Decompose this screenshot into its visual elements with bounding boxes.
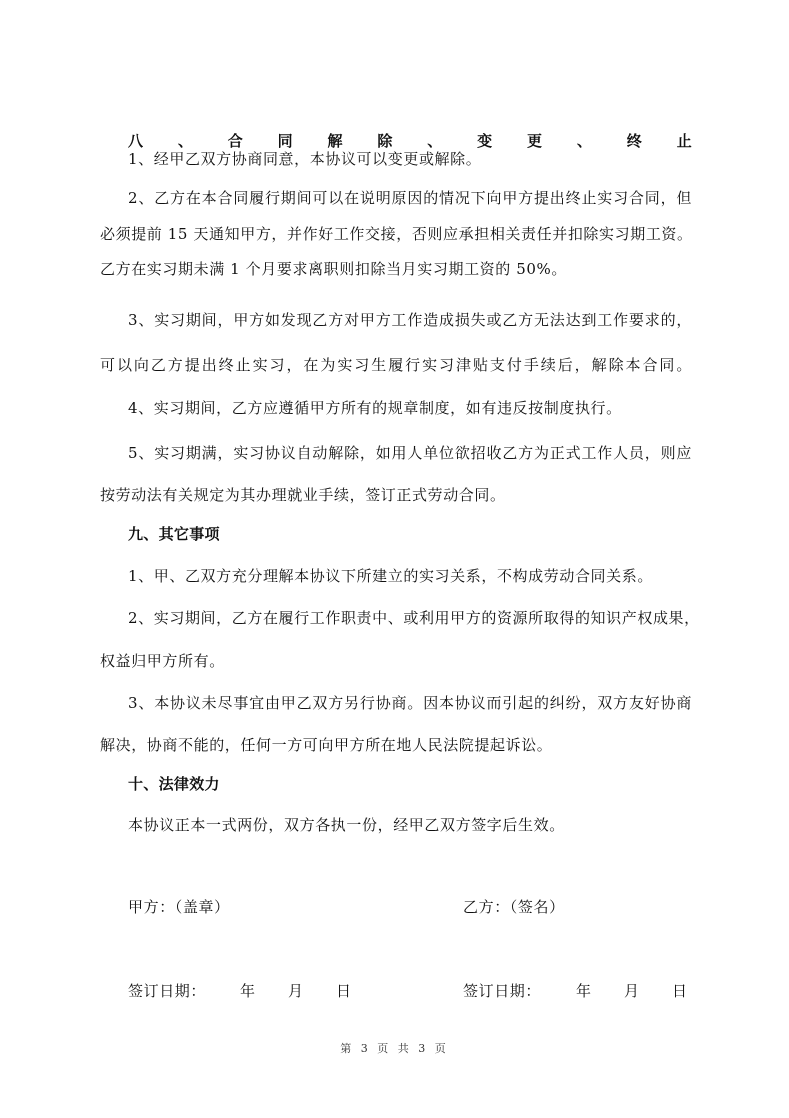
document-page: 八、合同解除、变更、终止 1、经甲乙双方协商同意，本协议可以变更或解除。 2、乙…: [0, 0, 789, 1118]
section-heading-legal-effect: 十、法律效力: [128, 774, 692, 794]
paragraph-line: 解决，协商不能的，任何一方可向甲方所在地人民法院提起诉讼。: [100, 735, 692, 755]
paragraph-line: 4、实习期间，乙方应遵循甲方所有的规章制度，如有违反按制度执行。: [128, 398, 692, 418]
paragraph-line: 3、实习期间，甲方如发现乙方对甲方工作造成损失或乙方无法达到工作要求的，: [128, 310, 692, 330]
party-a-date-label: 签订日期：: [128, 981, 206, 1001]
section-heading-termination: 八、合同解除、变更、终止: [128, 131, 692, 151]
party-a-date-day: 日: [336, 981, 352, 1001]
paragraph-line: 乙方在实习期未满 1 个月要求离职则扣除当月实习期工资的 50%。: [100, 259, 692, 279]
party-b-date-year: 年: [576, 981, 592, 1001]
party-b-date-label: 签订日期：: [463, 981, 541, 1001]
party-a-seal-label: 甲方：（盖章）: [128, 897, 230, 917]
party-a-date-year: 年: [240, 981, 256, 1001]
paragraph-line: 2、乙方在本合同履行期间可以在说明原因的情况下向甲方提出终止实习合同，但: [128, 188, 692, 208]
paragraph-line: 3、本协议未尽事宜由甲乙双方另行协商。因本协议而引起的纠纷，双方友好协商: [128, 693, 692, 713]
paragraph-line: 1、经甲乙双方协商同意，本协议可以变更或解除。: [128, 149, 692, 169]
paragraph-line: 2、实习期间，乙方在履行工作职责中、或利用甲方的资源所取得的知识产权成果，: [128, 608, 692, 628]
paragraph-line: 按劳动法有关规定为其办理就业手续，签订正式劳动合同。: [100, 485, 692, 505]
paragraph-line: 5、实习期满，实习协议自动解除，如用人单位欲招收乙方为正式工作人员，则应: [128, 443, 692, 463]
paragraph-line: 必须提前 15 天通知甲方，并作好工作交接，否则应承担相关责任并扣除实习期工资。: [100, 224, 692, 244]
paragraph-line: 可以向乙方提出终止实习，在为实习生履行实习津贴支付手续后，解除本合同。: [100, 355, 692, 375]
paragraph-line: 1、甲、乙双方充分理解本协议下所建立的实习关系，不构成劳动合同关系。: [128, 566, 692, 586]
paragraph-line: 权益归甲方所有。: [100, 651, 692, 671]
paragraph-line: 本协议正本一式两份，双方各执一份，经甲乙双方签字后生效。: [128, 815, 692, 835]
party-b-signature-label: 乙方：（签名）: [463, 897, 565, 917]
party-a-date-month: 月: [288, 981, 304, 1001]
party-b-date-month: 月: [624, 981, 640, 1001]
section-heading-other: 九、其它事项: [128, 524, 692, 544]
page-number-footer: 第 3 页 共 3 页: [0, 1040, 789, 1056]
party-b-date-day: 日: [672, 981, 688, 1001]
